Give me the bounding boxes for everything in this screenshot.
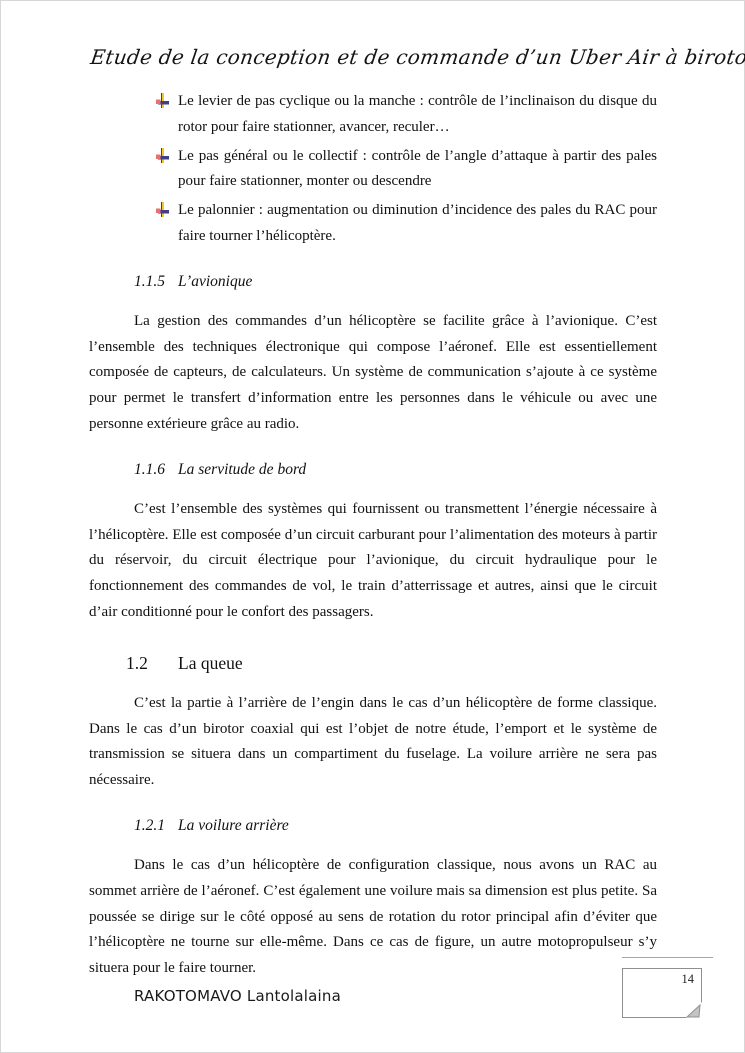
- list-item: Le palonnier : augmentation ou diminutio…: [156, 198, 657, 250]
- document-page: Etude de la conception et de commande d’…: [0, 0, 745, 1053]
- footer-author: RAKOTOMAVO Lantolalaina: [134, 987, 341, 1005]
- section-title: L’avionique: [178, 273, 252, 290]
- section-heading-1-1-6: 1.1.6La servitude de bord: [134, 459, 657, 481]
- cross-bullet-icon: [156, 148, 169, 168]
- section-heading-1-1-5: 1.1.5L’avionique: [134, 271, 657, 293]
- section-title: La servitude de bord: [178, 461, 306, 478]
- list-item: Le levier de pas cyclique ou la manche :…: [156, 89, 657, 141]
- bullet-text: Le pas général ou le collectif : contrôl…: [178, 144, 657, 196]
- paragraph: Dans le cas d’un hélicoptère de configur…: [89, 853, 657, 982]
- paragraph: C’est la partie à l’arrière de l’engin d…: [89, 691, 657, 794]
- section-title: La voilure arrière: [178, 817, 289, 834]
- cross-bullet-icon: [156, 93, 169, 113]
- page-number: 14: [682, 972, 695, 987]
- section-heading-1-2: 1.2La queue: [126, 651, 657, 675]
- footer-divider: [622, 957, 713, 958]
- section-heading-1-2-1: 1.2.1La voilure arrière: [134, 815, 657, 837]
- running-header-title: Etude de la conception et de commande d’…: [89, 45, 660, 69]
- section-title: La queue: [178, 653, 243, 673]
- section-number: 1.2.1: [134, 815, 178, 837]
- list-item: Le pas général ou le collectif : contrôl…: [156, 144, 657, 196]
- folded-corner-icon: [686, 1002, 702, 1018]
- page-content: Etude de la conception et de commande d’…: [89, 45, 657, 982]
- paragraph: La gestion des commandes d’un hélicoptèr…: [89, 309, 657, 438]
- bullet-list: Le levier de pas cyclique ou la manche :…: [89, 89, 657, 250]
- bullet-text: Le levier de pas cyclique ou la manche :…: [178, 89, 657, 141]
- paragraph: C’est l’ensemble des systèmes qui fourni…: [89, 497, 657, 626]
- cross-bullet-icon: [156, 202, 169, 222]
- page-number-box: 14: [622, 968, 702, 1018]
- section-number: 1.1.6: [134, 459, 178, 481]
- bullet-text: Le palonnier : augmentation ou diminutio…: [178, 198, 657, 250]
- section-number: 1.2: [126, 651, 178, 675]
- section-number: 1.1.5: [134, 271, 178, 293]
